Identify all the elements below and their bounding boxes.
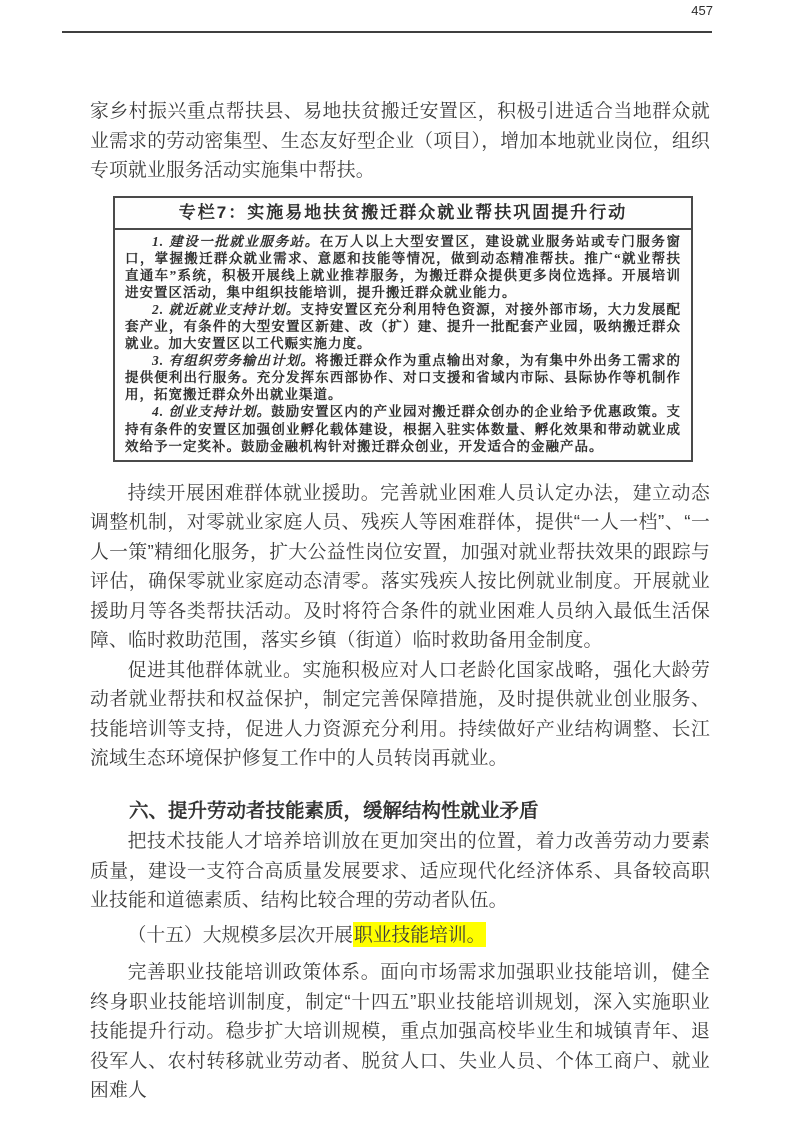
paragraph-skills-intro: 把技术技能人才培养培训放在更加突出的位置，着力改善劳动力要素质量，建设一支符合高… bbox=[90, 826, 710, 915]
policy-box-item: 2. 就近就业支持计划。支持安置区充分利用特色资源，对接外部市场，大力发展配套产… bbox=[125, 301, 681, 352]
page-number: 457 bbox=[691, 3, 713, 18]
policy-box-item: 4. 创业支持计划。鼓励安置区内的产业园对搬迁群众创办的企业给予优惠政策。支持有… bbox=[125, 403, 681, 454]
policy-box-content: 1. 建设一批就业服务站。在万人以上大型安置区，建设就业服务站或专门服务窗口，掌… bbox=[115, 230, 691, 460]
paragraph-other-groups: 促进其他群体就业。实施积极应对人口老龄化国家战略，强化大龄劳动者就业帮扶和权益保… bbox=[90, 655, 710, 773]
item-lead: 4. 创业支持计划。 bbox=[152, 404, 271, 419]
document-page: 457 家乡村振兴重点帮扶县、易地扶贫搬迁安置区，积极引进适合当地群众就业需求的… bbox=[0, 0, 793, 1122]
policy-column-box: 专栏7：实施易地扶贫搬迁群众就业帮扶巩固提升行动 1. 建设一批就业服务站。在万… bbox=[113, 196, 693, 462]
item-lead: 3. 有组织劳务输出计划。 bbox=[152, 353, 315, 368]
paragraph-continuation: 家乡村振兴重点帮扶县、易地扶贫搬迁安置区，积极引进适合当地群众就业需求的劳动密集… bbox=[90, 96, 710, 185]
subsection-line: （十五）大规模多层次开展职业技能培训。 bbox=[90, 920, 710, 950]
section-heading: 六、提升劳动者技能素质，缓解结构性就业矛盾 bbox=[90, 797, 710, 827]
paragraph-difficult-groups: 持续开展困难群体就业援助。完善就业困难人员认定办法，建立动态调整机制，对零就业家… bbox=[90, 478, 710, 655]
paragraph-training-system: 完善职业技能培训政策体系。面向市场需求加强职业技能培训，健全终身职业技能培训制度… bbox=[90, 957, 710, 1105]
header-rule bbox=[62, 31, 712, 33]
policy-box-item: 3. 有组织劳务输出计划。将搬迁群众作为重点输出对象，为有集中外出务工需求的提供… bbox=[125, 352, 681, 403]
highlighted-text: 职业技能培训。 bbox=[353, 922, 486, 947]
item-lead: 1. 建设一批就业服务站。 bbox=[152, 234, 320, 249]
item-lead: 2. 就近就业支持计划。 bbox=[152, 302, 300, 317]
policy-box-item: 1. 建设一批就业服务站。在万人以上大型安置区，建设就业服务站或专门服务窗口，掌… bbox=[125, 233, 681, 301]
subsection-prefix: （十五）大规模多层次开展 bbox=[128, 924, 353, 945]
policy-box-title: 专栏7：实施易地扶贫搬迁群众就业帮扶巩固提升行动 bbox=[115, 198, 691, 230]
main-text-column: 家乡村振兴重点帮扶县、易地扶贫搬迁安置区，积极引进适合当地群众就业需求的劳动密集… bbox=[90, 96, 710, 1105]
